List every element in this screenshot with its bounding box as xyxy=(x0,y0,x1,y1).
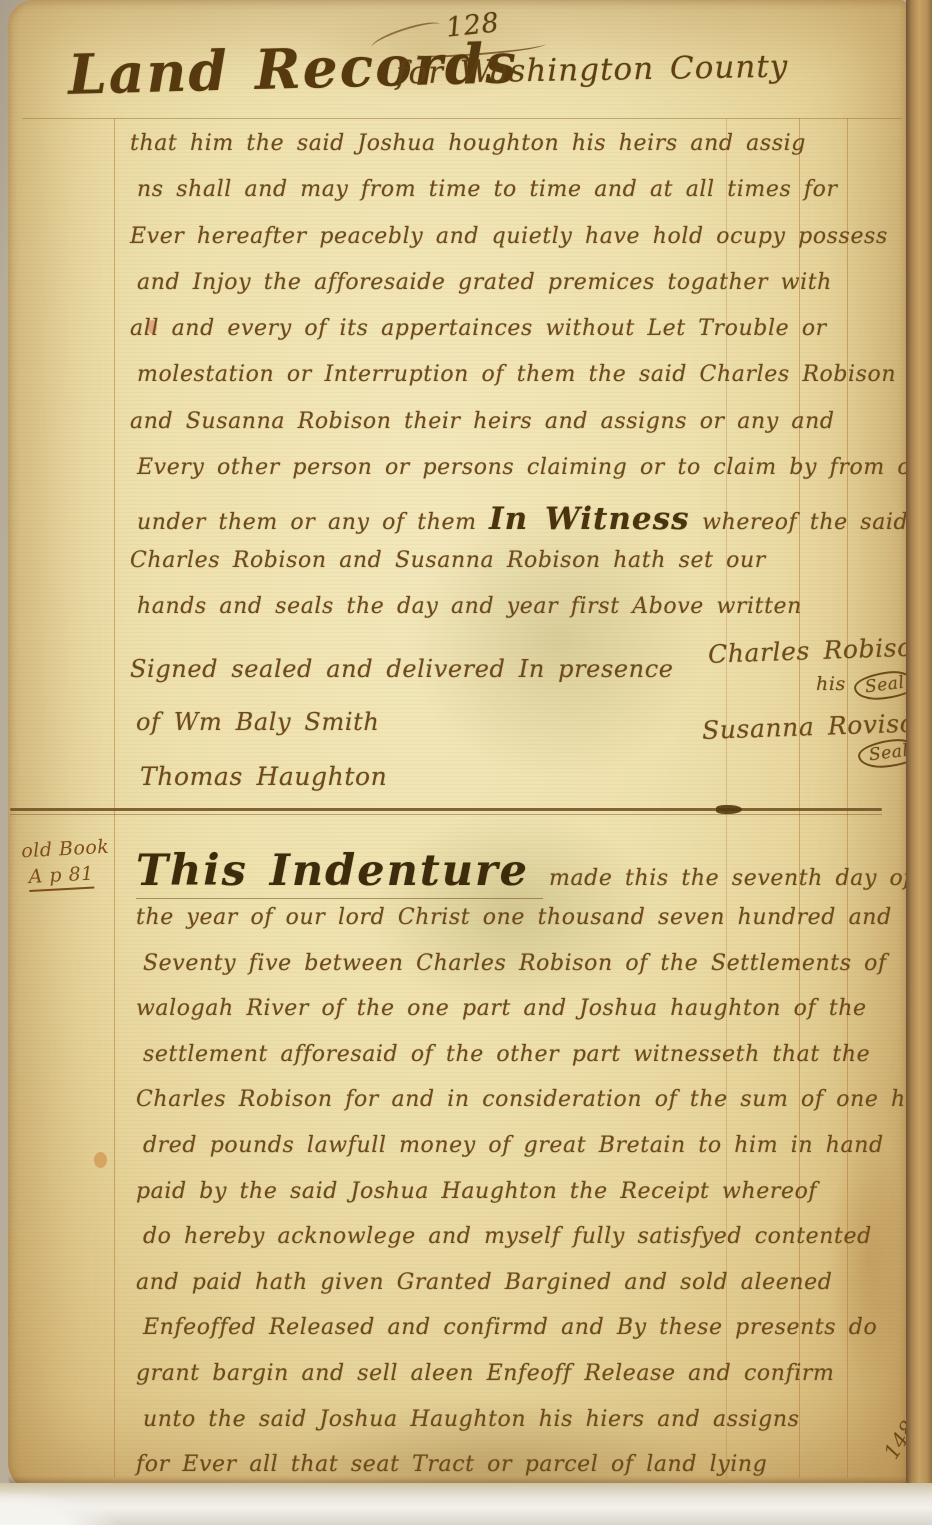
deed2-lines: the year of our lord Christ one thousand… xyxy=(136,905,932,1498)
rule-line-horizontal xyxy=(22,118,902,119)
deed1-text-block: that him the said Joshua houghton his he… xyxy=(130,131,922,640)
handwritten-line: that him the said Joshua houghton his he… xyxy=(130,131,922,177)
handwritten-line: Charles Robison for and in consideration… xyxy=(136,1087,932,1133)
rule-line-vertical xyxy=(114,118,115,1478)
handwritten-line: Enfeoffed Released and confirmd and By t… xyxy=(143,1315,932,1361)
handwritten-line: do hereby acknowlege and myself fully sa… xyxy=(143,1224,932,1270)
margin-note-line-1: old Book xyxy=(21,836,110,863)
in-witness-emphasis: In Witness xyxy=(489,501,689,537)
witness-line-pre: under them or any of them xyxy=(137,510,489,535)
handwritten-line: the year of our lord Christ one thousand… xyxy=(136,905,932,951)
deed2-opening-line: This Indenturemade this the seventh day … xyxy=(136,846,932,896)
handwritten-line: and Injoy the afforesaide grated premice… xyxy=(137,270,922,316)
book-gutter-edge xyxy=(906,0,932,1496)
witness-line: under them or any of them In Witness whe… xyxy=(137,501,922,547)
margin-note-line-2: A p 81 xyxy=(28,863,94,892)
attestation-line-3: Thomas Haughton xyxy=(140,762,387,791)
handwritten-line: hands and seals the day and year first A… xyxy=(137,594,922,640)
handwritten-line: paid by the said Joshua Haughton the Rec… xyxy=(136,1179,932,1225)
witness-line-post: whereof the said xyxy=(690,510,909,535)
handwritten-line: ns shall and may from time to time and a… xyxy=(137,177,922,223)
ink-blot xyxy=(716,805,742,814)
handwritten-line: and paid hath given Granted Bargined and… xyxy=(136,1270,932,1316)
deed2-text-block: the year of our lord Christ one thousand… xyxy=(136,905,932,1498)
handwritten-line: Ever hereafter peacebly and quietly have… xyxy=(130,224,922,270)
handwritten-line: unto the said Joshua Haughton his hiers … xyxy=(143,1407,932,1453)
handwritten-line: molestation or Interruption of them the … xyxy=(137,362,922,408)
handwritten-line: and Susanna Robison their heirs and assi… xyxy=(130,409,922,455)
opening-rest: made this the seventh day of may in xyxy=(549,866,932,891)
section-divider-rule xyxy=(10,808,882,815)
handwritten-line: grant bargin and sell aleen Enfeoff Rele… xyxy=(136,1361,932,1407)
handwritten-line: walogah River of the one part and Joshua… xyxy=(136,996,932,1042)
seal-prefix: his xyxy=(816,673,846,695)
handwritten-line: Every other person or persons claiming o… xyxy=(137,455,922,501)
attestation-line-1: Signed sealed and delivered In presence xyxy=(130,655,674,683)
deed1-closing-lines: Charles Robison and Susanna Robison hath… xyxy=(130,548,922,641)
handwritten-line: Charles Robison and Susanna Robison hath… xyxy=(130,548,922,594)
paper-sheet: 128 Land Records for Washington County t… xyxy=(8,0,908,1492)
handwritten-line: settlement afforesaid of the other part … xyxy=(143,1042,932,1088)
scanner-cloth-background xyxy=(0,1483,932,1525)
handwritten-line: all and every of its appertainces withou… xyxy=(130,316,922,362)
scanned-document: { "page": { "number_top": "128", "number… xyxy=(0,0,932,1525)
handwritten-line: Seventy five between Charles Robison of … xyxy=(143,951,932,997)
deed1-lines: that him the said Joshua houghton his he… xyxy=(130,131,922,501)
handwritten-line: dred pounds lawfull money of great Breta… xyxy=(143,1133,932,1179)
signature-seal-row: hisSeal xyxy=(816,672,916,699)
attestation-line-2: of Wm Baly Smith xyxy=(136,708,379,736)
stain xyxy=(94,1152,107,1168)
page-subtitle: for Washington County xyxy=(396,49,789,92)
margin-note: old Book A p 81 xyxy=(21,836,112,893)
this-indenture-emphasis: This Indenture xyxy=(136,846,543,899)
